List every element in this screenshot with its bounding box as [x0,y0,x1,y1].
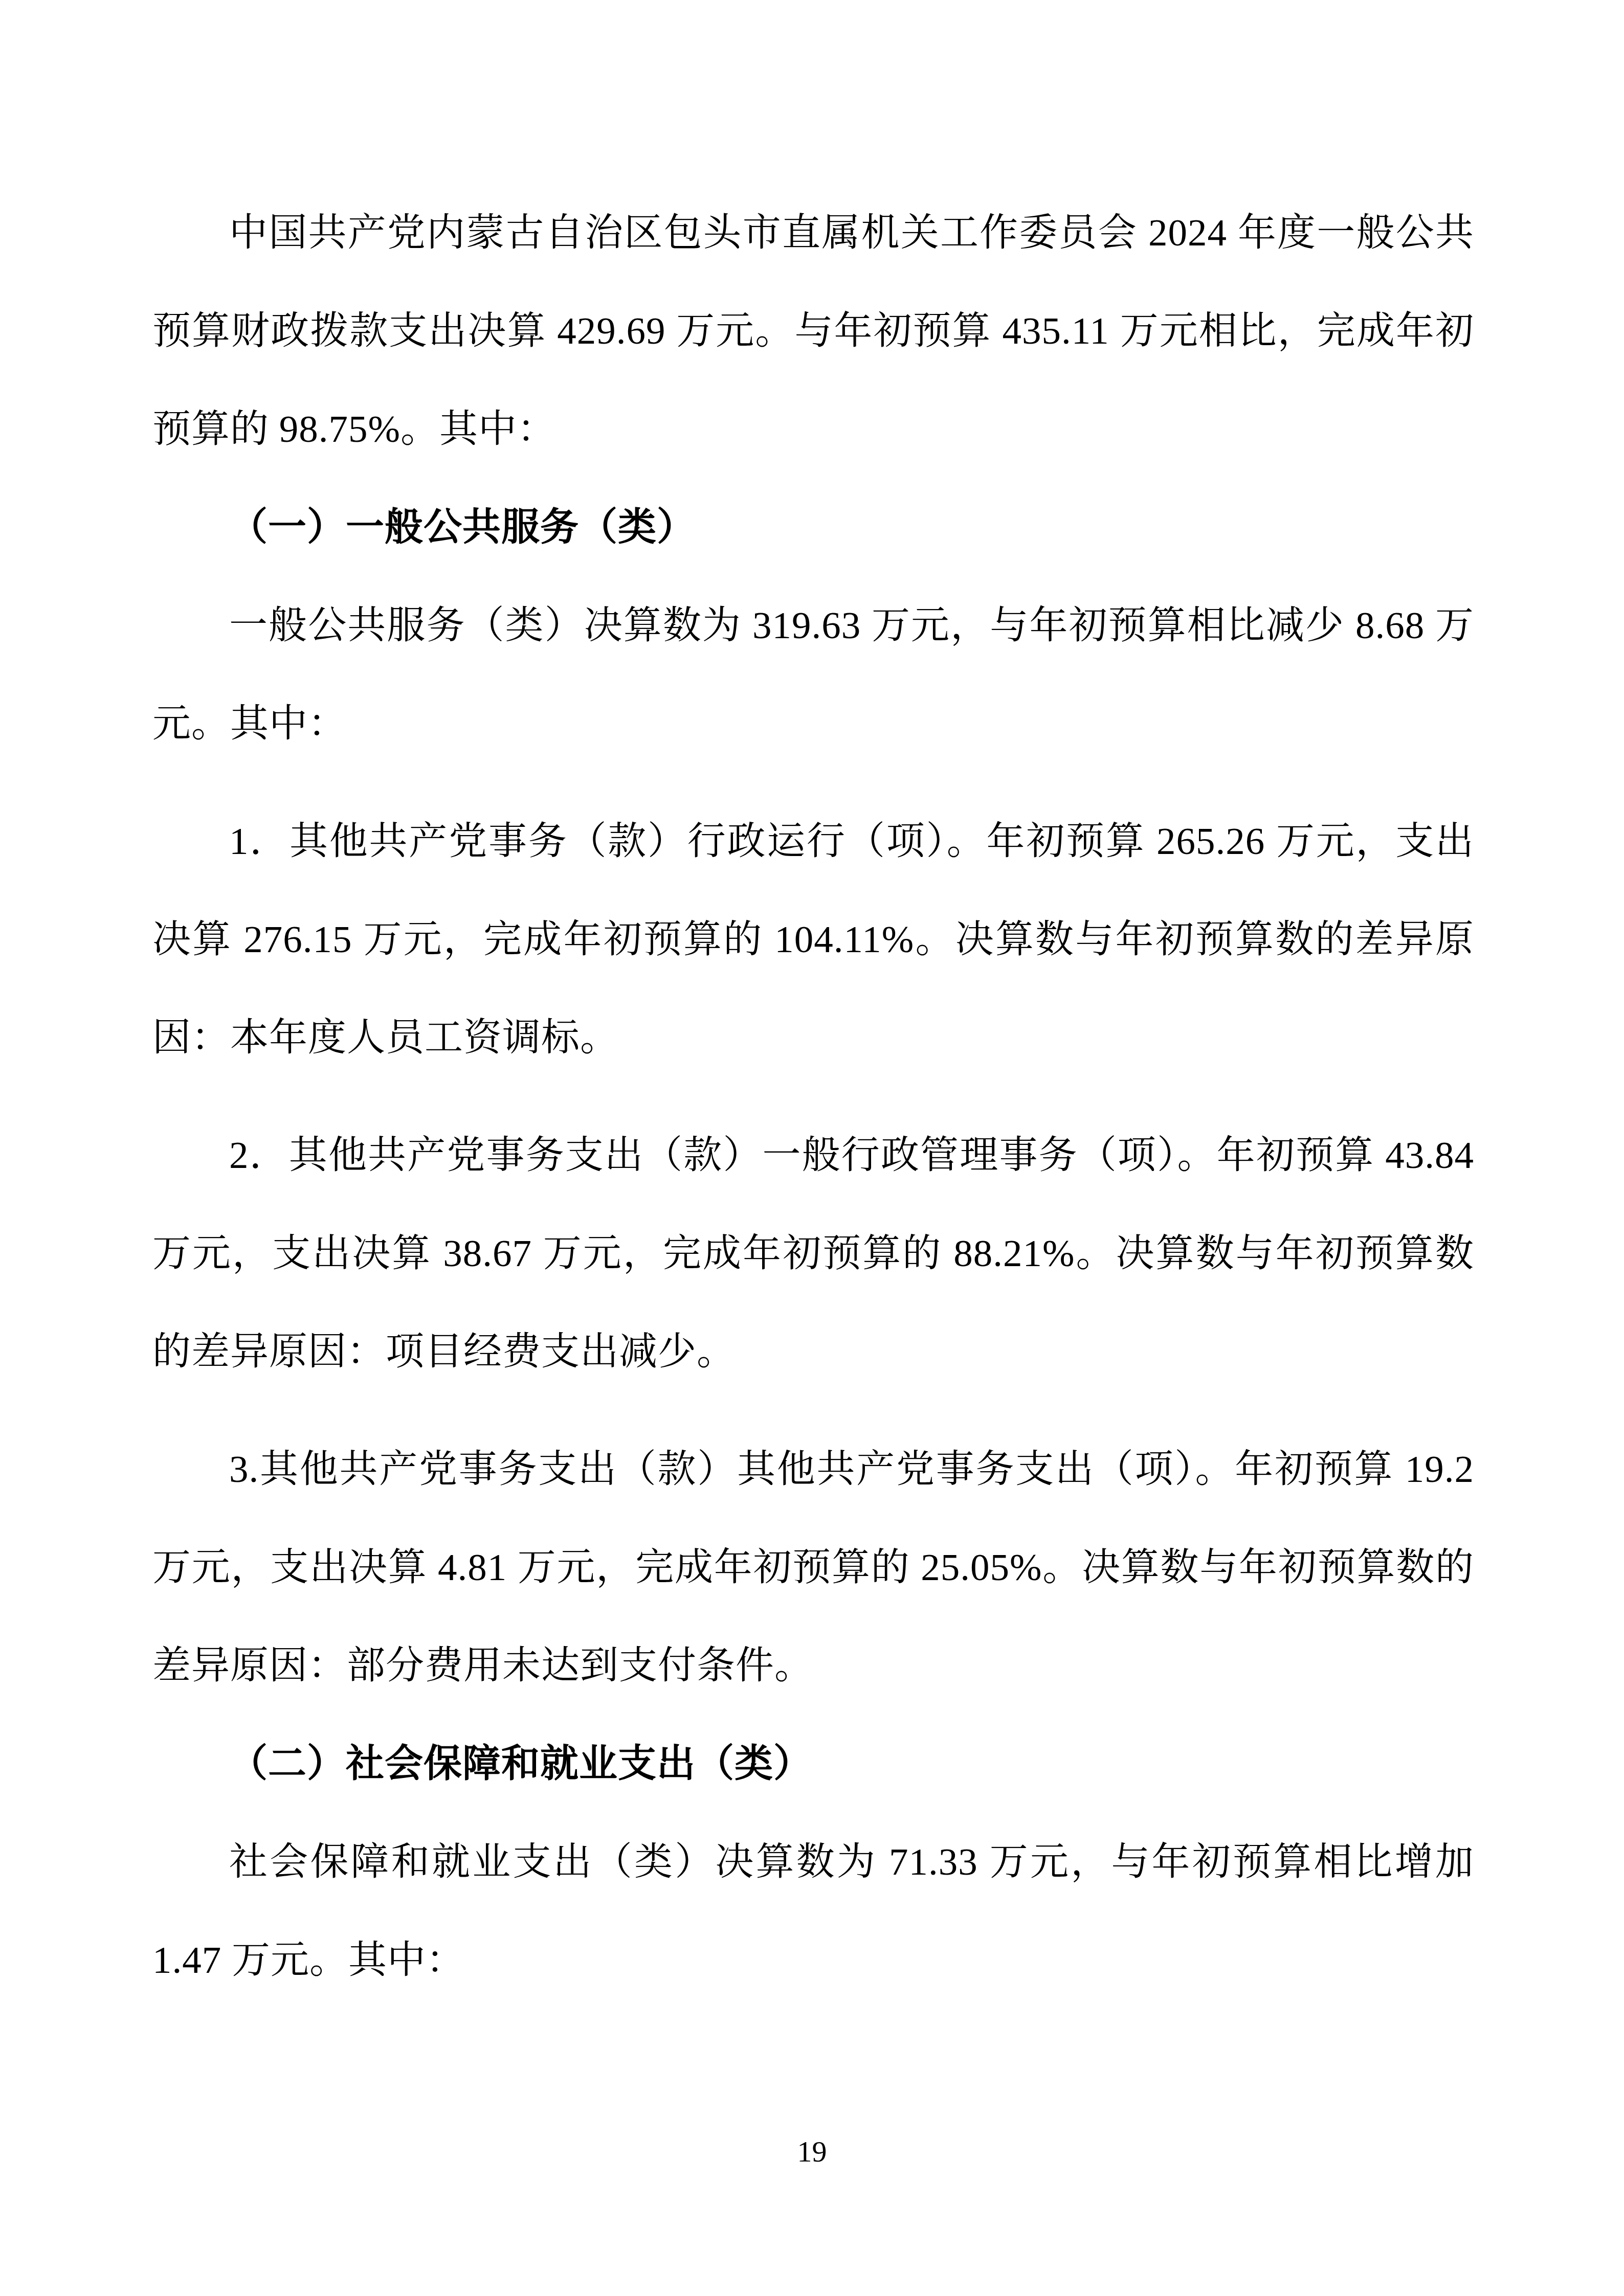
paragraph-item-1-administrative-operation: 1．其他共产党事务（款）行政运行（项）。年初预算 265.26 万元，支出决算 … [152,793,1474,1087]
document-body: 中国共产党内蒙古自治区包头市直属机关工作委员会 2024 年度一般公共预算财政拨… [152,184,1474,2010]
paragraph-budget-summary: 中国共产党内蒙古自治区包头市直属机关工作委员会 2024 年度一般公共预算财政拨… [152,184,1474,479]
paragraph-item-3-other-party-affairs-expenditure: 3.其他共产党事务支出（款）其他共产党事务支出（项）。年初预算 19.2 万元，… [152,1421,1474,1715]
document-page: { "page": { "background_color": "#ffffff… [0,0,1624,2296]
paragraph-item-2-general-administrative-affairs: 2．其他共产党事务支出（款）一般行政管理事务（项）。年初预算 43.84 万元，… [152,1107,1474,1401]
page-number: 19 [0,2131,1624,2172]
heading-section-2-social-security-employment: （二）社会保障和就业支出（类） [152,1715,1474,1813]
heading-section-1-general-public-services: （一）一般公共服务（类） [152,479,1474,577]
paragraph-social-security-summary: 社会保障和就业支出（类）决算数为 71.33 万元，与年初预算相比增加 1.47… [152,1813,1474,2010]
paragraph-general-public-services-summary: 一般公共服务（类）决算数为 319.63 万元，与年初预算相比减少 8.68 万… [152,577,1474,773]
